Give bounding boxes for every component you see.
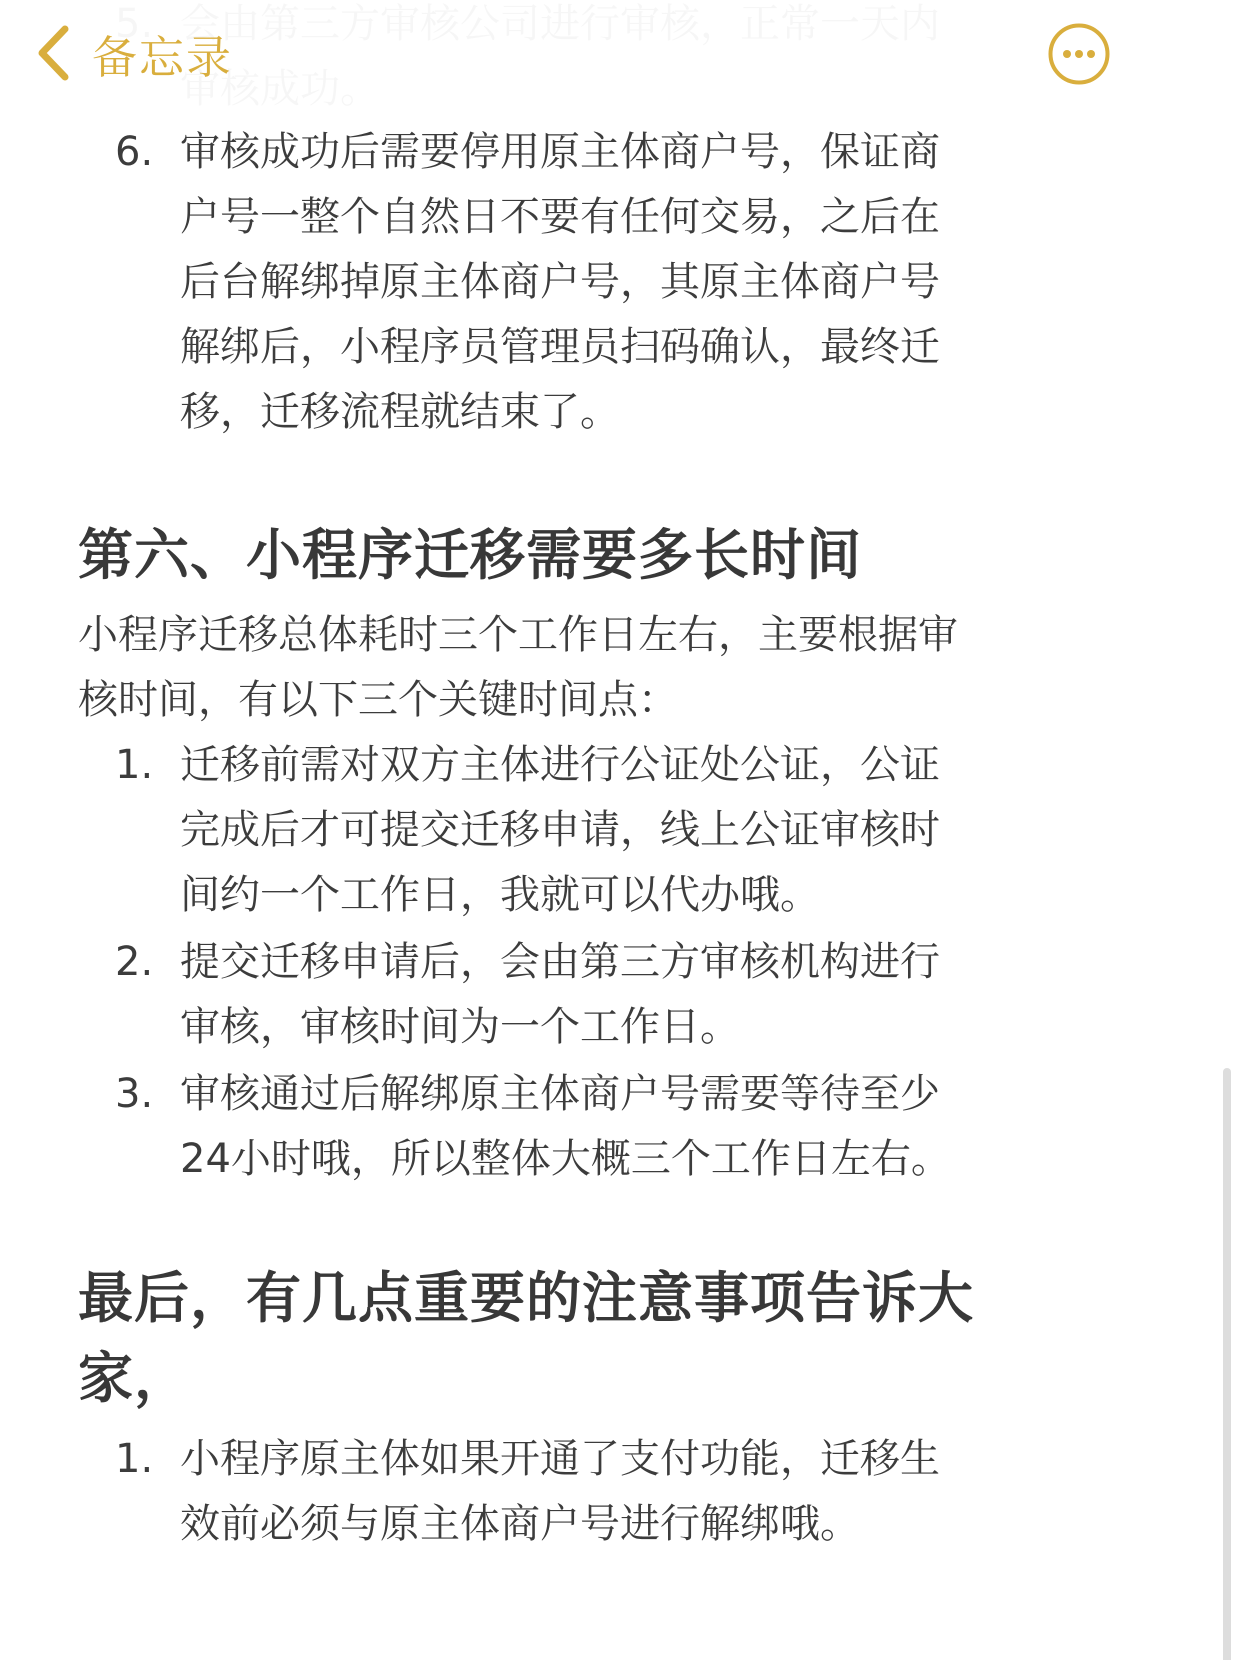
chevron-left-icon xyxy=(36,25,70,81)
list-text: 小程序原主体如果开通了支付功能，迁移生 效前必须与原主体商户号进行解绑哦。 xyxy=(180,1427,1060,1557)
list-number: 6. xyxy=(115,120,153,185)
more-options-button[interactable] xyxy=(1047,22,1111,86)
section-heading-duration: 第六、小程序迁移需要多长时间 xyxy=(78,515,862,595)
list-text: 审核通过后解绑原主体商户号需要等待至少 24小时哦，所以整体大概三个工作日左右。 xyxy=(180,1062,1060,1192)
list-number: 2. xyxy=(115,930,153,995)
back-label: 备忘录 xyxy=(92,21,233,86)
section-intro-paragraph: 小程序迁移总体耗时三个工作日左右，主要根据审 核时间，有以下三个关键时间点： xyxy=(78,603,1178,733)
section-heading-notes: 最后，有几点重要的注意事项告诉大 家， xyxy=(78,1258,974,1418)
ellipsis-circle-icon xyxy=(1047,71,1111,90)
list-number: 3. xyxy=(115,1062,153,1127)
list-number: 1. xyxy=(115,1427,153,1492)
list-number: 1. xyxy=(115,733,153,798)
vertical-scrollbar[interactable] xyxy=(1223,1068,1231,1660)
list-text: 审核成功后需要停用原主体商户号，保证商 户号一整个自然日不要有任何交易，之后在 … xyxy=(180,120,1060,445)
list-text: 迁移前需对双方主体进行公证处公证，公证 完成后才可提交迁移申请，线上公证审核时 … xyxy=(180,733,1060,928)
nav-bar: 备忘录 xyxy=(0,0,1242,110)
back-button[interactable]: 备忘录 xyxy=(36,22,233,84)
list-text: 提交迁移申请后，会由第三方审核机构进行 审核，审核时间为一个工作日。 xyxy=(180,930,1060,1060)
